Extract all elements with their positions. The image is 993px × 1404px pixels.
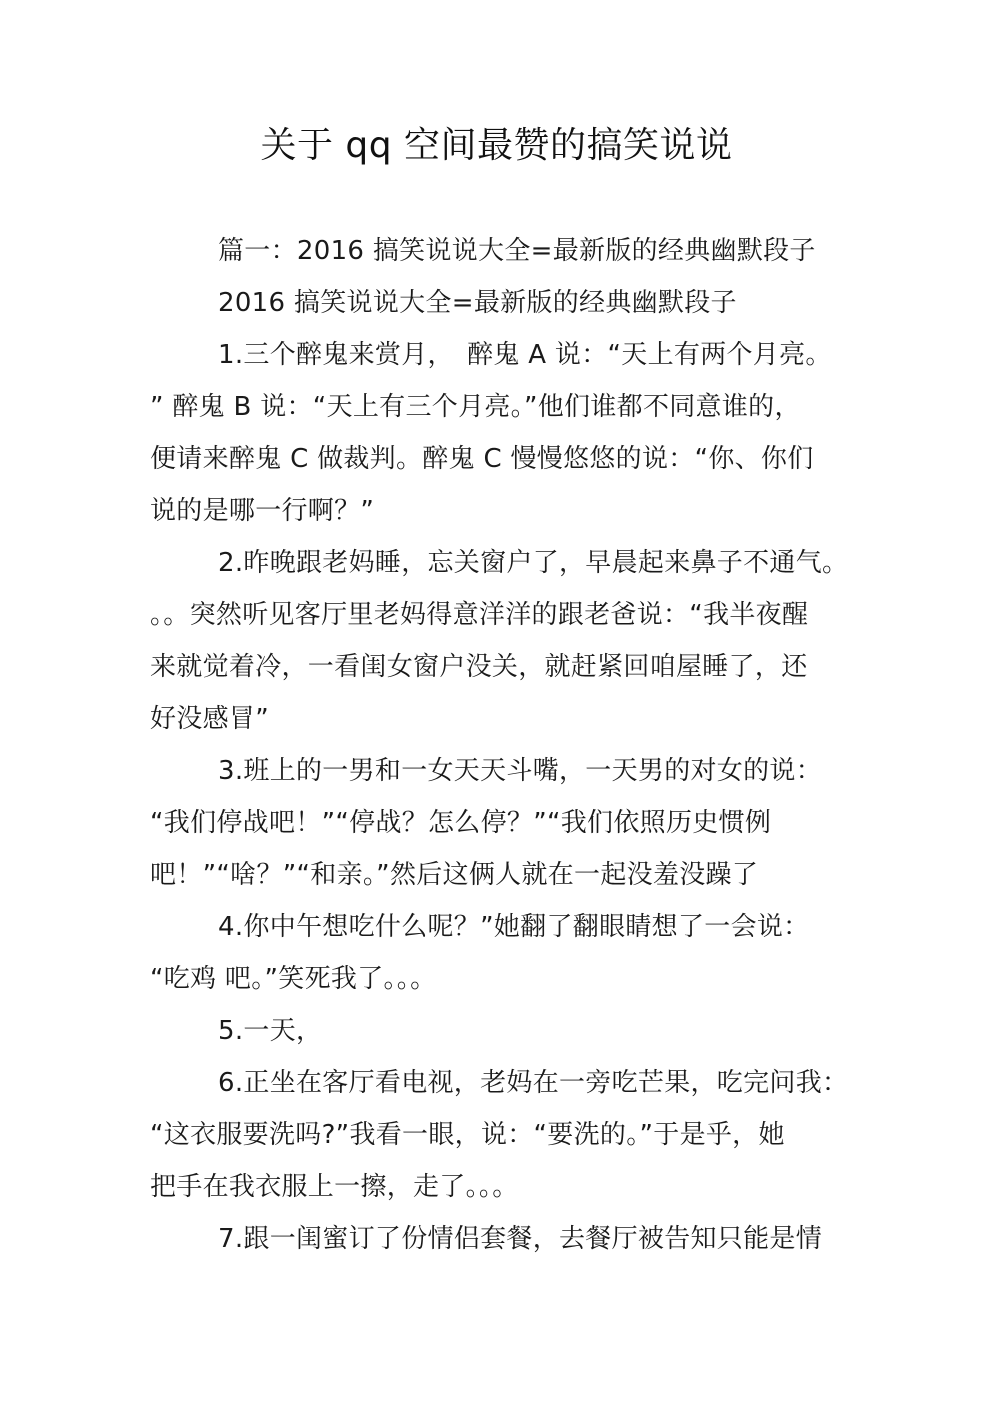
paragraph-line: 1.三个醉鬼来赏月， 醉鬼 A 说：“天上有两个月亮。 bbox=[218, 335, 832, 375]
paragraph-line: 吧！”“啥？”“和亲。”然后这俩人就在一起没羞没躁了 bbox=[150, 855, 758, 895]
section-heading: 篇一：2016 搞笑说说大全=最新版的经典幽默段子 bbox=[218, 231, 816, 271]
document-page: 关于 qq 空间最赞的搞笑说说 篇一：2016 搞笑说说大全=最新版的经典幽默段… bbox=[0, 0, 993, 1404]
subheading: 2016 搞笑说说大全=最新版的经典幽默段子 bbox=[218, 283, 737, 323]
paragraph-line: “我们停战吧！”“停战？怎么停？”“我们依照历史惯例 bbox=[150, 803, 771, 843]
paragraph-line: 5.一天， bbox=[218, 1011, 322, 1051]
paragraph-line: 。。突然听见客厅里老妈得意洋洋的跟老爸说：“我半夜醒 bbox=[150, 595, 808, 635]
paragraph-line: 3.班上的一男和一女天天斗嘴，一天男的对女的说： bbox=[218, 751, 822, 791]
paragraph-line: 便请来醉鬼 C 做裁判。醉鬼 C 慢慢悠悠的说：“你、你们 bbox=[150, 439, 814, 479]
paragraph-line: “吃鸡 吧。”笑死我了。。。 bbox=[150, 959, 436, 999]
paragraph-line: 6.正坐在客厅看电视，老妈在一旁吃芒果，吃完问我： bbox=[218, 1063, 848, 1103]
paragraph-line: 说的是哪一行啊？” bbox=[150, 491, 374, 531]
paragraph-line: 2.昨晚跟老妈睡，忘关窗户了，早晨起来鼻子不通气。 bbox=[218, 543, 848, 583]
paragraph-line: ” 醉鬼 B 说：“天上有三个月亮。”他们谁都不同意谁的， bbox=[150, 387, 801, 427]
paragraph-line: 4.你中午想吃什么呢？”她翻了翻眼睛想了一会说： bbox=[218, 907, 809, 947]
paragraph-line: 好没感冒” bbox=[150, 699, 269, 739]
document-title: 关于 qq 空间最赞的搞笑说说 bbox=[0, 120, 993, 172]
paragraph-line: 把手在我衣服上一擦，走了。。。 bbox=[150, 1167, 519, 1207]
paragraph-line: “这衣服要洗吗?”我看一眼，说：“要洗的。”于是乎，她 bbox=[150, 1115, 785, 1155]
paragraph-line: 来就觉着冷，一看闺女窗户没关，就赶紧回咱屋睡了，还 bbox=[150, 647, 808, 687]
paragraph-line: 7.跟一闺蜜订了份情侣套餐，去餐厅被告知只能是情 bbox=[218, 1219, 822, 1259]
